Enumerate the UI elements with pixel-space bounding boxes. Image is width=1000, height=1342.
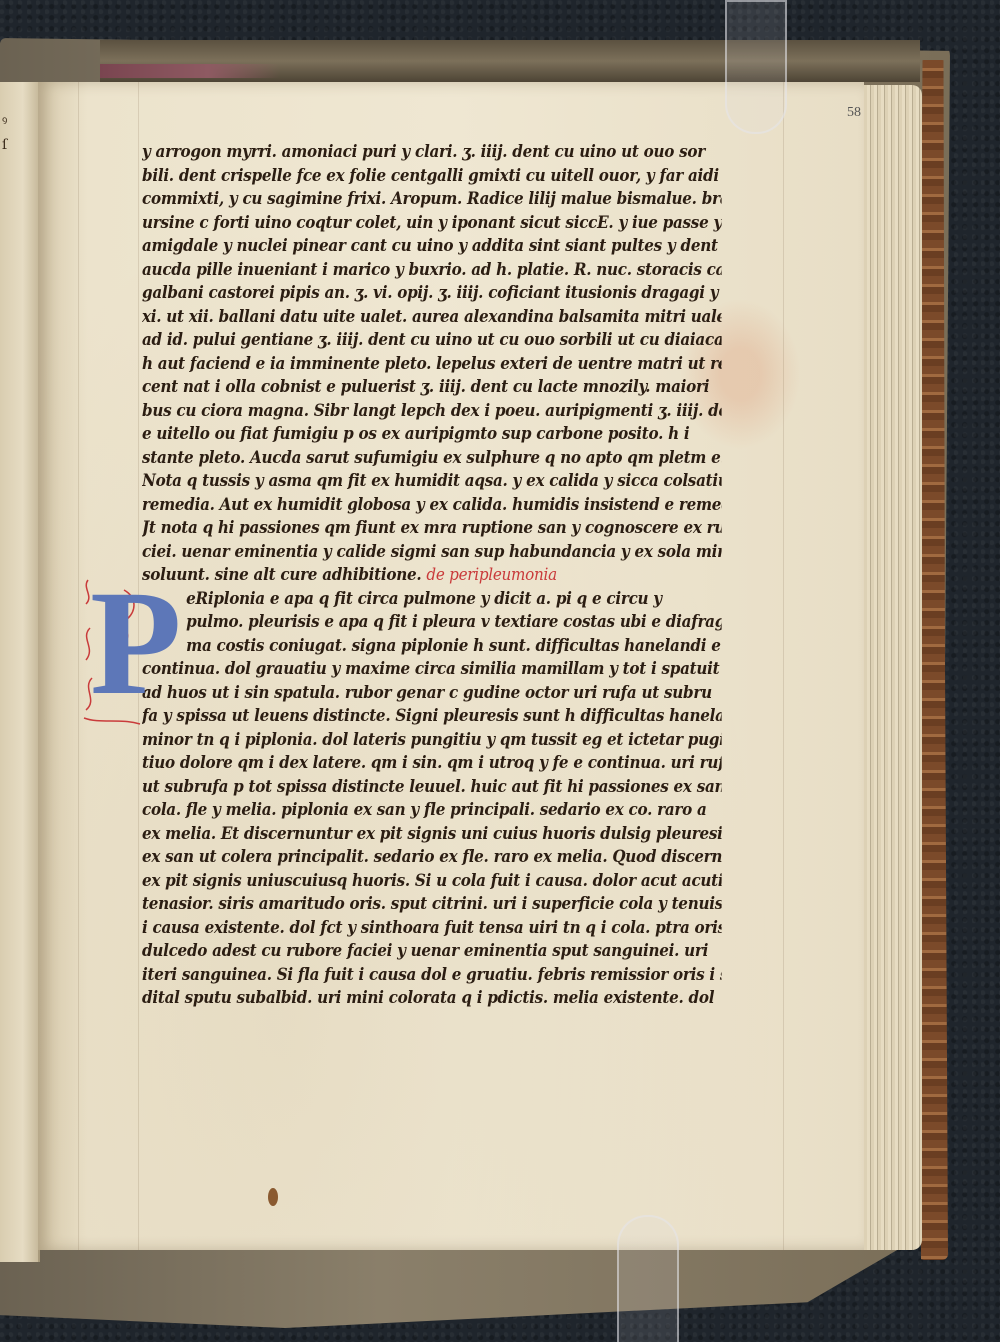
prev-page-ink-trace: ꝰ — [2, 112, 7, 131]
text-line: minor tn q i piplonia. dol lateris pungi… — [142, 728, 722, 752]
text-line: ex san ut colera principalit. sedario ex… — [142, 845, 722, 869]
initial-letter: P — [90, 568, 182, 718]
text-line: ursine c forti uino coqtur colet, uin y … — [142, 211, 722, 235]
text-line: tenasior. siris amaritudo oris. sput cit… — [142, 892, 722, 916]
text-column: y arrogon myrri. amoniaci puri y clari. … — [142, 140, 772, 1010]
text-line: dulcedo adest cu rubore faciei y uenar e… — [142, 939, 722, 963]
page-clip-top — [725, 0, 787, 134]
text-line: ad id. pului gentiane ʒ. iiij. dent cu u… — [142, 328, 722, 352]
page-clip-bottom — [617, 1215, 679, 1342]
text-line: bus cu ciora magna. Sibr langt lepch dex… — [142, 399, 722, 423]
text-line-with-rubric: soluunt. sine alt cure adhibitione. de p… — [142, 563, 722, 587]
text-line: ciei. uenar eminentia y calide sigmi san… — [142, 540, 722, 564]
text-line: i causa existente. dol fct y sinthoara f… — [142, 916, 722, 940]
folio-number: 58 — [847, 105, 861, 121]
text-line: Nota q tussis y asma qm fit ex humidit a… — [142, 469, 722, 493]
text-line: aucda pille inueniant i marico y buxrio.… — [142, 258, 722, 282]
page-stack-edges — [860, 85, 922, 1250]
text-line: iteri sanguinea. Si fla fuit i causa dol… — [142, 963, 722, 987]
text-line: y arrogon myrri. amoniaci puri y clari. … — [142, 140, 722, 164]
text-line: dital sputu subalbid. uri mini colorata … — [142, 986, 722, 1010]
binding-top-edge — [100, 40, 920, 82]
text-line: remedia. Aut ex humidit globosa y ex cal… — [142, 493, 722, 517]
text-line: commixti, y cu sagimine frixi. Aropum. R… — [142, 187, 722, 211]
text-line: stante pleto. Aucda sarut sufumigiu ex s… — [142, 446, 722, 470]
text-line: continua. dol grauatiu y maxime circa si… — [142, 657, 722, 681]
text-line: h aut faciend e ia imminente pleto. lepe… — [142, 352, 722, 376]
ruling-line — [783, 82, 784, 1250]
text-line: ex pit signis uniuscuiusq huoris. Si u c… — [142, 869, 722, 893]
previous-page-edge: ꝰ ſ — [0, 82, 40, 1262]
text-line: soluunt. sine alt cure adhibitione. — [142, 565, 421, 584]
text-line: tiuo dolore qm i dex latere. qm i sin. q… — [142, 751, 722, 775]
ruling-line — [78, 82, 79, 1250]
text-line: amigdale y nuclei pinear cant cu uino y … — [142, 234, 722, 258]
text-line: galbani castorei pipis an. ʒ. vi. opij. … — [142, 281, 722, 305]
ink-stain — [268, 1188, 278, 1206]
text-line: ut subrufa p tot spissa distincte leuuel… — [142, 775, 722, 799]
text-line: cent nat i olla cobnist e puluerist ʒ. i… — [142, 375, 722, 399]
binding-red-band — [100, 64, 280, 78]
text-line: eRiplonia e apa q fit circa pulmone y di… — [142, 587, 722, 611]
decorated-initial: P — [80, 568, 150, 728]
text-line: xi. ut xii. ballani datu uite ualet. aur… — [142, 305, 722, 329]
rubric-heading: de peripleumonia — [426, 565, 556, 584]
text-line: ex melia. Et discernuntur ex pit signis … — [142, 822, 722, 846]
text-line: fa y spissa ut leuens distincte. Signi p… — [142, 704, 722, 728]
text-line: Jt nota q hi passiones qm fiunt ex mra r… — [142, 516, 722, 540]
text-line: ad huos ut i sin spatula. rubor genar c … — [142, 681, 722, 705]
prev-page-ink-trace: ſ — [2, 137, 7, 153]
text-line: ma costis coniugat. signa piplonie h sun… — [142, 634, 722, 658]
text-line: pulmo. pleurisis e apa q fit i pleura v … — [142, 610, 722, 634]
leather-spine-edge — [918, 60, 948, 1260]
text-line: cola. fle y melia. piplonia ex san y fle… — [142, 798, 722, 822]
text-line: e uitello ou fiat fumigiu p os ex auripi… — [142, 422, 722, 446]
text-line: bili. dent crispelle fce ex folie centga… — [142, 164, 722, 188]
